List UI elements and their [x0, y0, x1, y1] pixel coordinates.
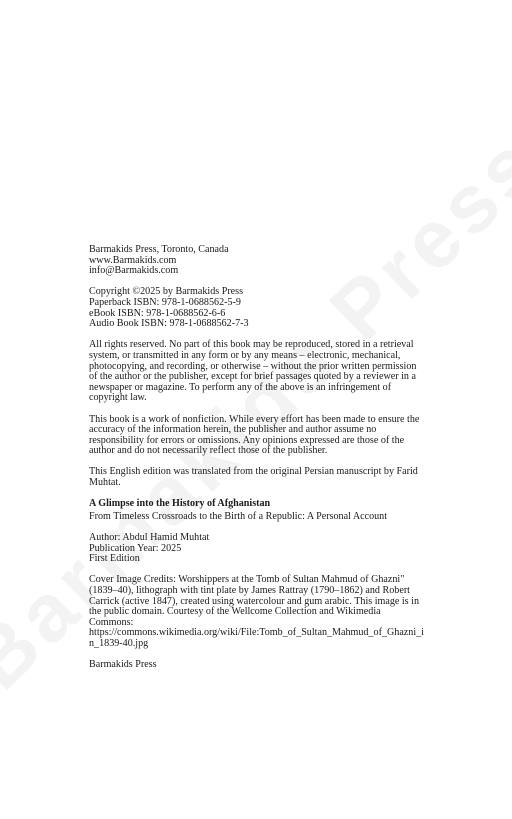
audiobook-isbn: Audio Book ISBN: 978-1-0688562-7-3 — [89, 319, 425, 330]
publisher-email-link[interactable]: info@Barmakids.com — [89, 266, 425, 277]
publisher-contact: Barmakids Press, Toronto, Canada www.Bar… — [89, 245, 425, 277]
nonfiction-disclaimer: This book is a work of nonfiction. While… — [89, 415, 425, 457]
disclaimer-text: This book is a work of nonfiction. While… — [89, 415, 425, 457]
paperback-isbn: Paperback ISBN: 978-1-0688562-5-9 — [89, 298, 425, 309]
copyright-page: Barmakids Press, Toronto, Canada www.Bar… — [89, 245, 425, 681]
copyright-isbn-block: Copyright ©2025 by Barmakids Press Paper… — [89, 287, 425, 329]
edition: First Edition — [89, 554, 425, 565]
rights-reserved-paragraph: All rights reserved. No part of this boo… — [89, 340, 425, 404]
translation-text: This English edition was translated from… — [89, 467, 425, 488]
cover-credits-url-link[interactable]: https://commons.wikimedia.org/wiki/File:… — [89, 628, 425, 649]
cover-credits-text: Cover Image Credits: Worshippers at the … — [89, 575, 425, 628]
book-title: A Glimpse into the History of Afghanista… — [89, 499, 425, 510]
book-subtitle: From Timeless Crossroads to the Birth of… — [89, 512, 425, 523]
author-block: Author: Abdul Hamid Muhtat Publication Y… — [89, 533, 425, 565]
footer-publisher: Barmakids Press — [89, 660, 425, 671]
footer-publisher-block: Barmakids Press — [89, 660, 425, 671]
publisher-location: Barmakids Press, Toronto, Canada — [89, 245, 425, 256]
cover-image-credits: Cover Image Credits: Worshippers at the … — [89, 575, 425, 649]
book-title-block: A Glimpse into the History of Afghanista… — [89, 499, 425, 522]
rights-text: All rights reserved. No part of this boo… — [89, 340, 425, 404]
translation-note: This English edition was translated from… — [89, 467, 425, 488]
